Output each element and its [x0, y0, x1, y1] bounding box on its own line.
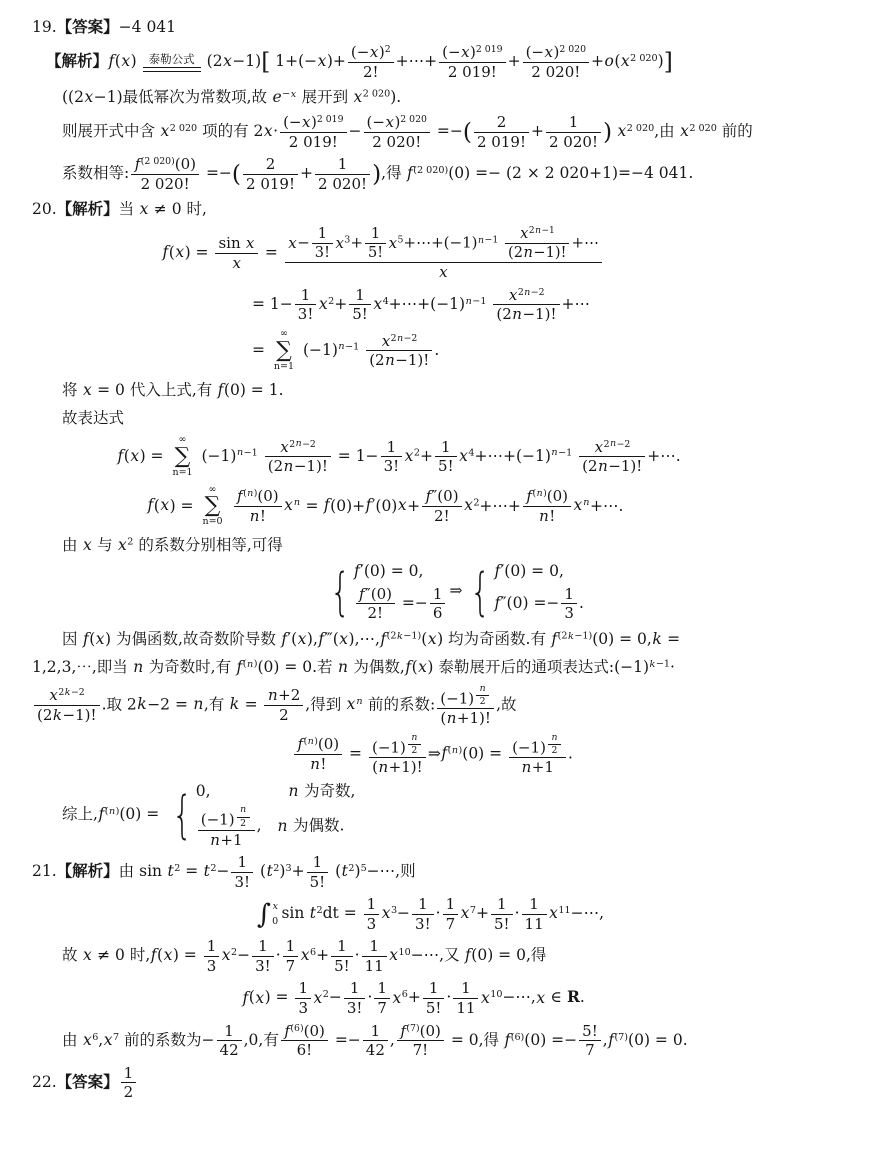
fraction-denominator: 3!	[295, 305, 317, 323]
fraction: f(2 020)(0)2 020!	[131, 156, 199, 192]
fraction: (−x)2 0202 020!	[523, 44, 589, 80]
fraction-denominator: 3!	[344, 999, 366, 1017]
fraction-numerator: 1	[295, 980, 311, 999]
taylor-formula-overset: 泰勒公式	[143, 52, 201, 72]
fraction-denominator: 3!	[412, 915, 434, 933]
fraction: (−x)2 0202 020!	[364, 114, 430, 150]
fraction-denominator: 5!	[365, 244, 386, 261]
fraction-numerator: 1	[364, 896, 380, 915]
superscript: 2k−2	[58, 687, 84, 698]
superscript: 2	[317, 905, 323, 916]
fraction-denominator: (2n−1)!	[265, 457, 331, 475]
fraction-numerator: f(n)(0)	[294, 736, 342, 755]
q21-fx-series: 故 x ≠ 0 时,f(x) = 13x2−13!·17x6+15!·111x1…	[62, 938, 854, 974]
fraction: 13!	[312, 226, 333, 261]
fraction-denominator: 5!	[349, 305, 371, 323]
fraction-denominator: n!	[294, 755, 342, 773]
fraction-denominator: 3	[295, 999, 311, 1017]
q21-eq-fx-final: f(x) = 13x2−13!·17x6+15!·111x10−⋯,x ∈ R.	[242, 980, 854, 1016]
fraction-denominator: (2n−1)!	[493, 305, 559, 323]
fraction-denominator: x	[285, 263, 602, 281]
fraction: 13!	[295, 287, 317, 323]
q20-general-term: x2k−2(2k−1)!.取 2k−2 = n,有 k = n+22,得到 xn…	[32, 684, 854, 727]
fraction-denominator: 2 020!	[546, 133, 601, 151]
fraction-denominator: 3	[364, 915, 380, 933]
q20-compare-coefficients: 由 x 与 x2 的系数分别相等,可得	[62, 534, 854, 556]
cases-group: {f′(0) = 0,f″(0)2! =−16	[324, 562, 447, 621]
left-brace-icon: {	[172, 792, 192, 839]
fraction: 5!7	[579, 1023, 601, 1059]
superscript: n−1	[236, 447, 257, 458]
fraction-denominator: 5!	[307, 873, 329, 891]
fraction-numerator: 5!	[579, 1023, 601, 1042]
fraction-denominator: 2	[408, 745, 421, 756]
fraction-denominator: 5!	[491, 915, 513, 933]
fraction-denominator: 5!	[435, 457, 457, 475]
superscript: 2	[348, 863, 354, 874]
fraction-denominator: 2!	[422, 507, 461, 525]
fraction-numerator: 1	[283, 938, 299, 957]
fraction-denominator: 3!	[312, 244, 333, 261]
cases-rows: 0, n 为奇数,(−1)n2n+1, n 为偶数.	[196, 782, 356, 848]
fraction-numerator: 1	[363, 1023, 388, 1042]
cases-row: 0, n 为奇数,	[196, 782, 356, 801]
fraction: 13	[364, 896, 380, 932]
superscript: 7	[113, 1031, 119, 1042]
superscript: 2 020	[630, 53, 657, 64]
fraction-denominator: 3	[204, 957, 220, 975]
fraction-denominator: 2 020!	[315, 175, 370, 193]
fraction-denominator: n+1	[198, 831, 255, 849]
superscript: (6)	[511, 1031, 525, 1042]
fraction: x2n−2(2n−1)!	[579, 439, 645, 475]
fraction: 15!	[491, 896, 513, 932]
fraction: x−13!x3+15!x5+⋯+(−1)n−1 x2n−1(2n−1)!+⋯x	[285, 226, 602, 281]
fraction-numerator: 1	[430, 586, 446, 605]
fraction-numerator: x2k−2	[34, 687, 100, 706]
overset-label: 泰勒公式	[149, 52, 195, 66]
fraction-denominator: x	[215, 254, 257, 272]
superscript: n2	[546, 739, 563, 750]
fraction-numerator: 1	[443, 896, 459, 915]
fraction: 22 019!	[243, 156, 298, 192]
cases-row: f″(0)2! =−16	[354, 586, 448, 622]
superscript: 2 019	[476, 44, 503, 55]
fraction: sin xx	[215, 235, 257, 271]
fraction: (−1)n2n+1	[198, 805, 255, 848]
fraction: (−1)n2(n+1)!	[369, 733, 426, 776]
q20-eq-sinx-over-x: f(x) = sin xx = x−13!x3+15!x5+⋯+(−1)n−1 …	[162, 226, 854, 281]
q20-expression-label: 故表达式	[62, 407, 854, 429]
fraction: 12 020!	[546, 114, 601, 150]
q19-answer: 19.【答案】−4 041	[32, 16, 854, 38]
fraction: 12 020!	[315, 156, 370, 192]
superscript: 4	[383, 296, 389, 307]
fraction-denominator: 6!	[281, 1041, 328, 1059]
superscript: 3	[391, 905, 397, 916]
fraction-numerator: 1	[252, 938, 274, 957]
left-brace-icon: {	[471, 569, 491, 616]
cases-rows: f′(0) = 0,f″(0) =−13.	[494, 562, 584, 621]
fraction: 142	[363, 1023, 388, 1059]
bold-text: 【解析】	[46, 51, 108, 70]
cases-row: (−1)n2n+1, n 为偶数.	[196, 805, 345, 848]
fraction-numerator: 2	[474, 114, 529, 133]
fraction-numerator: 1	[312, 226, 333, 244]
superscript: 2 020	[170, 123, 197, 134]
fraction-numerator: f″(0)	[422, 488, 461, 507]
fraction: 13!	[344, 980, 366, 1016]
fraction: n+22	[264, 687, 303, 723]
fraction-denominator: n!	[523, 507, 571, 525]
fraction-numerator: sin x	[215, 235, 257, 254]
fraction: f″(0)2!	[356, 586, 395, 622]
fraction-denominator: 7	[579, 1041, 601, 1059]
fraction-numerator: 1	[365, 226, 386, 244]
fraction: x2n−2(2n−1)!	[493, 287, 559, 323]
superscript: n	[356, 696, 363, 707]
fraction-numerator: 1	[344, 980, 366, 999]
q19-taylor-expansion: 【解析】f(x)泰勒公式(2x−1)[ 1+(−x)+(−x)22!+⋯+(−x…	[46, 44, 854, 80]
superscript: 2	[210, 863, 216, 874]
sum-lower-limit: n=1	[274, 362, 294, 373]
superscript: (n)	[532, 488, 546, 499]
fraction-numerator: (−1)n2	[437, 684, 494, 710]
superscript: 2 020	[363, 89, 390, 100]
q20-eq-fn0: f(n)(0)n! = (−1)n2(n+1)!⇒f(n)(0) = (−1)n…	[292, 733, 854, 776]
fraction-denominator: (2n−1)!	[579, 457, 645, 475]
fraction: 111	[362, 938, 387, 974]
fraction-denominator: 2!	[356, 604, 395, 622]
fraction-denominator: 2	[476, 696, 489, 707]
fraction: 142	[217, 1023, 242, 1059]
superscript: (2 020)	[141, 156, 175, 167]
integral-lower-limit: 0	[272, 917, 278, 927]
fraction-denominator: 5!	[331, 957, 353, 975]
bold-text: 【解析】	[57, 861, 119, 880]
fraction-denominator: 3!	[252, 957, 274, 975]
superscript: 2 020	[689, 123, 716, 134]
superscript: (7)	[614, 1031, 628, 1042]
superscript: 10	[398, 947, 410, 958]
fraction-denominator: 7!	[397, 1041, 444, 1059]
superscript: 2	[231, 947, 237, 958]
fraction: x2n−1(2n−1)!	[505, 226, 569, 261]
fraction-numerator: 1	[331, 938, 353, 957]
superscript: n−1	[551, 447, 572, 458]
fraction: 17	[443, 896, 459, 932]
q20-even-function-b: 1,2,3,⋯,即当 n 为奇数时,有 f(n)(0) = 0.若 n 为偶数,…	[32, 656, 854, 678]
fraction-numerator: n	[408, 733, 421, 745]
fraction-numerator: x2n−2	[579, 439, 645, 458]
superscript: 7	[470, 905, 476, 916]
fraction-denominator: 2 019!	[243, 175, 298, 193]
cases-row: f″(0) =−13.	[494, 586, 584, 622]
fraction-denominator: 2 020!	[523, 63, 589, 81]
fraction-numerator: 1	[121, 1065, 137, 1084]
superscript: 2n−2	[391, 333, 418, 344]
superscript: 2n−2	[518, 287, 545, 298]
fraction-numerator: 1	[453, 980, 478, 999]
bold-text: 【解析】	[57, 199, 119, 218]
superscript: 2n−2	[604, 438, 631, 449]
fraction-numerator: (−1)n2	[198, 805, 255, 831]
fraction-denominator: 11	[453, 999, 478, 1017]
fraction: 16	[430, 586, 446, 622]
left-brace-icon: {	[330, 569, 350, 616]
q21-eq-integral: ∫x0sin t2dt = 13x3−13!·17x7+15!·111x11−⋯…	[257, 896, 854, 932]
fraction: (−1)n2(n+1)!	[437, 684, 494, 727]
fraction: (−x)2 0192 019!	[280, 114, 346, 150]
superscript: (2k−1)	[387, 631, 422, 642]
fraction: 12	[121, 1065, 137, 1101]
superscript: 2	[385, 44, 391, 55]
superscript: 2 020	[559, 44, 586, 55]
fraction-denominator: (2n−1)!	[505, 244, 569, 261]
fraction-denominator: n!	[234, 507, 282, 525]
q22-answer: 22.【答案】12	[32, 1065, 854, 1101]
superscript: 2	[328, 296, 334, 307]
superscript: 3	[285, 863, 291, 874]
fraction: x2n−2(2n−1)!	[366, 333, 432, 369]
sum-lower-limit: n=0	[202, 517, 222, 528]
superscript: 3	[344, 235, 350, 246]
fraction: f(7)(0)7!	[397, 1023, 444, 1059]
summation: ∞∑n=1	[172, 435, 192, 479]
superscript: 6	[310, 947, 316, 958]
fraction-denominator: 11	[362, 957, 387, 975]
fraction-numerator: n	[476, 684, 489, 696]
fraction-numerator: 1	[412, 896, 434, 915]
big-bracket: [	[261, 48, 270, 75]
q20-eq-maclaurin: f(x) = ∞∑n=0 f(n)(0)n!xn = f(0)+f′(0)x+f…	[147, 485, 854, 529]
fraction: 13!	[381, 439, 403, 475]
fraction-denominator: 2	[264, 706, 303, 724]
fraction-denominator: 3!	[381, 457, 403, 475]
fraction: (−1)n2n+1	[509, 733, 566, 776]
cases-row: f′(0) = 0,	[354, 562, 424, 581]
superscript: n2	[474, 690, 491, 701]
superscript: k−1	[649, 659, 670, 670]
superscript: (2 020)	[413, 165, 448, 176]
big-bracket: )	[603, 118, 612, 145]
q21-derivative-results: 由 x6,x7 前的系数为−142,0,有f(6)(0)6! =−142,f(7…	[62, 1023, 854, 1059]
superscript: n	[293, 497, 300, 508]
sum-symbol: ∑	[205, 495, 221, 517]
superscript: 2	[174, 863, 180, 874]
fraction-numerator: 1	[231, 854, 253, 873]
fraction: 15!	[365, 226, 386, 261]
fraction: 13	[295, 980, 311, 1016]
fraction-numerator: 1	[522, 896, 547, 915]
fraction-denominator: (n+1)!	[369, 758, 426, 776]
cases-rows: f′(0) = 0,f″(0)2! =−16	[354, 562, 448, 621]
fraction-numerator: 1	[491, 896, 513, 915]
fraction-denominator: (n+1)!	[437, 709, 494, 727]
fraction-numerator: (−x)2 019	[439, 44, 505, 63]
superscript: (n)	[243, 659, 258, 670]
fraction-denominator: 3	[561, 604, 577, 622]
bold-text: 【答案】	[57, 1072, 119, 1091]
fraction: 15!	[349, 287, 371, 323]
fraction-numerator: (−x)2 019	[280, 114, 346, 133]
fraction-denominator: 42	[363, 1041, 388, 1059]
fraction-denominator: 3!	[231, 873, 253, 891]
fraction-numerator: 1	[423, 980, 445, 999]
superscript: 2	[273, 863, 279, 874]
superscript: 2	[414, 447, 420, 458]
fraction-denominator: 2!	[348, 63, 394, 81]
q20-even-function-a: 因 f(x) 为偶函数,故奇数阶导数 f′(x),f‴(x),⋯,f(2k−1)…	[62, 628, 854, 650]
fraction: f(n)(0)n!	[294, 736, 342, 772]
superscript: 2	[323, 989, 329, 1000]
q20-eq-expanded: = 1−13!x2+15!x4+⋯+(−1)n−1 x2n−2(2n−1)!+⋯	[252, 287, 854, 323]
q20-eq-cases-system: {f′(0) = 0,f″(0)2! =−16⇒{f′(0) = 0,f″(0)…	[322, 562, 854, 621]
sum-symbol: ∑	[175, 446, 191, 468]
superscript: (2k−1)	[558, 631, 593, 642]
fraction-denominator: 2 020!	[131, 175, 199, 193]
fraction: x2k−2(2k−1)!	[34, 687, 100, 723]
q21-intro: 21.【解析】由 sin t2 = t2−13! (t2)3+15! (t2)5…	[32, 854, 854, 890]
fraction-numerator: 2	[243, 156, 298, 175]
fraction: f(6)(0)6!	[281, 1023, 328, 1059]
fraction-numerator: 1	[561, 586, 577, 605]
fraction-denominator: 2 019!	[280, 133, 346, 151]
summation: ∞∑n=1	[274, 329, 294, 373]
fraction-denominator: 5!	[423, 999, 445, 1017]
fraction-denominator: 2 019!	[439, 63, 505, 81]
superscript: 11	[558, 905, 570, 916]
superscript: n2	[235, 812, 252, 823]
superscript: n2	[406, 739, 423, 750]
superscript: n−1	[465, 296, 486, 307]
superscript: 6	[402, 989, 408, 1000]
fraction-denominator: 7	[374, 999, 390, 1017]
fraction-numerator: 1	[217, 1023, 242, 1042]
integral-symbol: ∫	[257, 901, 271, 928]
fraction: 13	[204, 938, 220, 974]
superscript: (7)	[406, 1022, 419, 1033]
fraction-numerator: f(n)(0)	[523, 488, 571, 507]
superscript: 6	[92, 1031, 98, 1042]
fraction: f(n)(0)n!	[523, 488, 571, 524]
fraction-numerator: (−1)n2	[509, 733, 566, 759]
superscript: (n)	[105, 806, 120, 817]
sum-symbol: ∑	[276, 340, 292, 362]
fraction-numerator: x2n−2	[366, 333, 432, 352]
superscript: (n)	[448, 745, 463, 756]
fraction: n2	[476, 684, 489, 708]
fraction-denominator: 7	[283, 957, 299, 975]
superscript: n−1	[478, 235, 499, 246]
fraction-numerator: 1	[204, 938, 220, 957]
fraction-numerator: f″(0)	[356, 586, 395, 605]
big-bracket: ]	[664, 48, 673, 75]
fraction-numerator: f(2 020)(0)	[131, 156, 199, 175]
fraction-denominator: 2	[548, 745, 561, 756]
fraction-denominator: 42	[217, 1041, 242, 1059]
fraction-numerator: f(6)(0)	[281, 1023, 328, 1042]
fraction-numerator: n+2	[264, 687, 303, 706]
fraction-numerator: 1	[374, 980, 390, 999]
fraction-numerator: n	[548, 733, 561, 745]
fraction: f(n)(0)n!	[234, 488, 282, 524]
fraction-denominator: n+1	[509, 758, 566, 776]
fraction-numerator: 1	[381, 439, 403, 458]
fraction-denominator: 7	[443, 915, 459, 933]
fraction: 13	[561, 586, 577, 622]
superscript: −x	[282, 89, 296, 100]
integral: ∫x0	[257, 901, 278, 928]
fraction: 15!	[423, 980, 445, 1016]
fraction-numerator: (−x)2 020	[523, 44, 589, 63]
fraction-denominator: 2 019!	[474, 133, 529, 151]
superscript: 2 020	[400, 114, 427, 125]
fraction-numerator: 1	[349, 287, 371, 306]
fraction-numerator: 1	[315, 156, 370, 175]
fraction-denominator: (2k−1)!	[34, 706, 100, 724]
fraction: 111	[453, 980, 478, 1016]
fraction-numerator: 1	[435, 439, 457, 458]
fraction-numerator: (−1)n2	[369, 733, 426, 759]
fraction: 15!	[307, 854, 329, 890]
superscript: (n)	[304, 736, 318, 747]
q20-substitute-zero: 将 x = 0 代入上式,有 f(0) = 1.	[62, 379, 854, 401]
fraction-numerator: n	[237, 805, 250, 817]
superscript: n−1	[338, 341, 359, 352]
fraction-denominator: 2 020!	[364, 133, 430, 151]
q20-conclusion: 综上,f(n)(0) = {0, n 为奇数,(−1)n2n+1, n 为偶数.	[62, 782, 854, 848]
fraction: 13!	[252, 938, 274, 974]
fraction-numerator: x2n−1	[505, 226, 569, 244]
q19-expansion-note: ((2x−1)最低幂次为常数项,故 e−x 展开到 x2 020).	[62, 86, 854, 108]
fraction-numerator: x2n−2	[265, 439, 331, 458]
fraction: n2	[237, 805, 250, 829]
superscript: 2n−1	[529, 226, 555, 236]
q19-final-result: 系数相等:f(2 020)(0)2 020! =−(22 019!+12 020…	[62, 156, 854, 192]
superscript: (n)	[243, 488, 257, 499]
fraction: 15!	[331, 938, 353, 974]
fraction: x2n−2(2n−1)!	[265, 439, 331, 475]
fraction-denominator: 2	[121, 1083, 137, 1101]
big-bracket: )	[372, 161, 381, 188]
cases-group: {f′(0) = 0,f″(0) =−13.	[464, 562, 583, 621]
fraction: 17	[374, 980, 390, 1016]
solution-document: 19.【答案】−4 041【解析】f(x)泰勒公式(2x−1)[ 1+(−x)+…	[32, 16, 854, 1101]
fraction-numerator: x2n−2	[493, 287, 559, 306]
superscript: 4	[468, 447, 474, 458]
fraction-denominator: 2	[237, 818, 250, 829]
integral-upper-limit: x	[272, 902, 278, 912]
fraction-numerator: 1	[362, 938, 387, 957]
sum-lower-limit: n=1	[172, 468, 192, 479]
fraction-numerator: f(n)(0)	[234, 488, 282, 507]
q19-x2020-term: 则展开式中含 x2 020 项的有 2x·(−x)2 0192 019!−(−x…	[62, 114, 854, 150]
fraction-numerator: 1	[307, 854, 329, 873]
q20-eq-sigma: = ∞∑n=1 (−1)n−1 x2n−2(2n−1)!.	[252, 329, 854, 373]
big-bracket: (	[463, 118, 472, 145]
bold-text: R	[567, 988, 580, 1007]
superscript: 10	[490, 989, 502, 1000]
q20-eq-series-equality: f(x) = ∞∑n=1 (−1)n−1 x2n−2(2n−1)! = 1−13…	[117, 435, 854, 479]
fraction: f″(0)2!	[422, 488, 461, 524]
superscript: 5	[361, 863, 367, 874]
fraction: n2	[548, 733, 561, 757]
fraction: (−x)2 0192 019!	[439, 44, 505, 80]
fraction: 13!	[231, 854, 253, 890]
fraction: (−x)22!	[348, 44, 394, 80]
fraction: 22 019!	[474, 114, 529, 150]
